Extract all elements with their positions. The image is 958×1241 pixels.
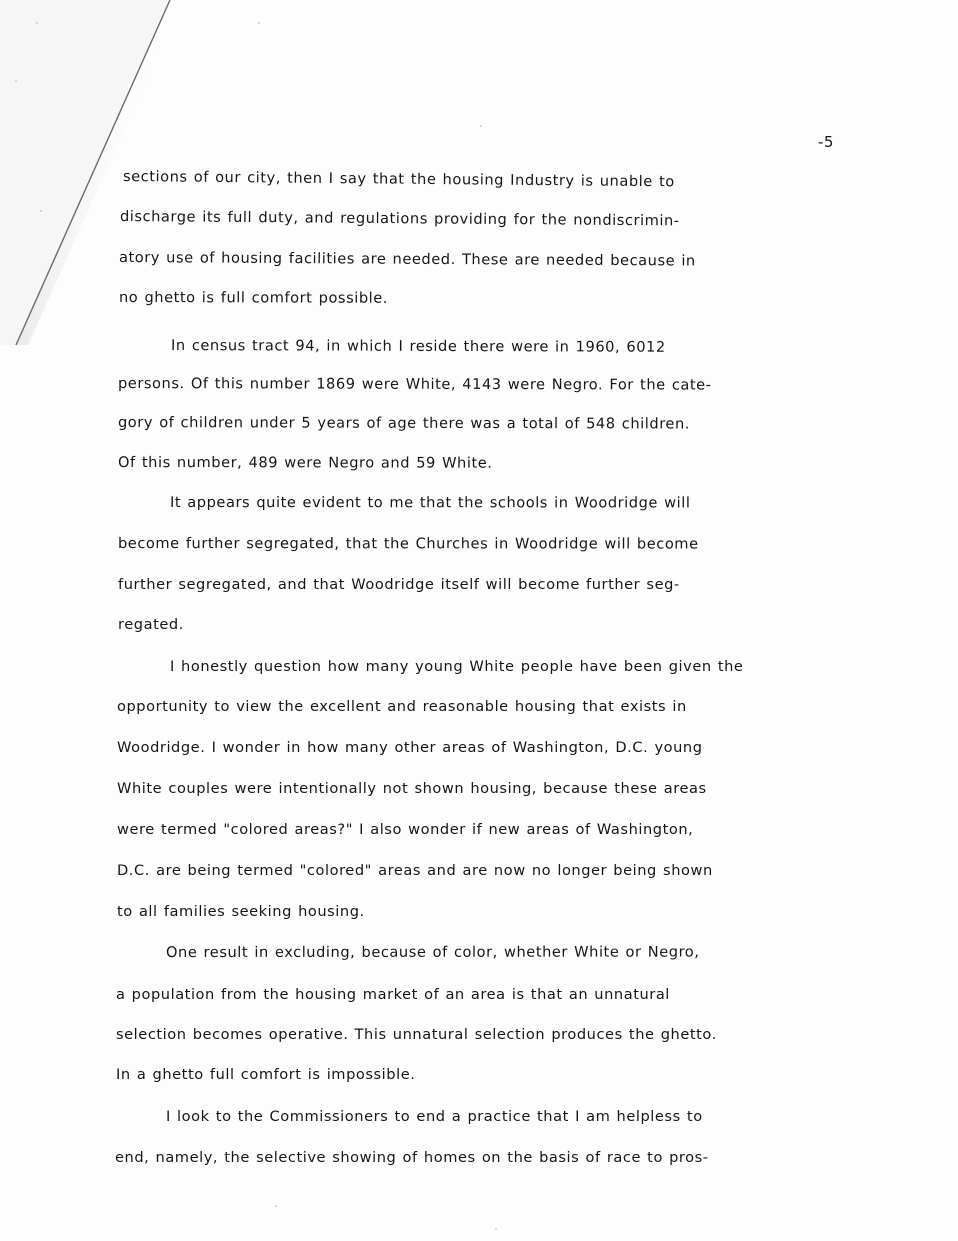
text-line: selection becomes operative. This unnatu…: [116, 1026, 717, 1044]
text-line: D.C. are being termed "colored" areas an…: [117, 862, 713, 880]
text-line: no ghetto is full comfort possible.: [119, 289, 388, 308]
text-line: sections of our city, then I say that th…: [123, 168, 675, 191]
text-line: end, namely, the selective showing of ho…: [115, 1149, 709, 1167]
text-line: White couples were intentionally not sho…: [117, 780, 707, 798]
text-line: were termed "colored areas?" I also wond…: [117, 821, 693, 839]
text-line: I honestly question how many young White…: [170, 658, 743, 676]
text-line: gory of children under 5 years of age th…: [118, 414, 690, 433]
text-line: In a ghetto full comfort is impossible.: [116, 1066, 415, 1084]
document-page: -5 sections of our city, then I say that…: [0, 0, 958, 1241]
text-line: I look to the Commissioners to end a pra…: [166, 1108, 703, 1126]
text-line: Woodridge. I wonder in how many other ar…: [117, 739, 703, 757]
page-number: -5: [818, 133, 834, 151]
text-line: One result in excluding, because of colo…: [166, 944, 699, 962]
text-line: It appears quite evident to me that the …: [170, 494, 690, 512]
text-line: to all families seeking housing.: [117, 903, 365, 921]
text-line: opportunity to view the excellent and re…: [117, 698, 687, 716]
text-line: regated.: [118, 616, 184, 634]
text-line: become further segregated, that the Chur…: [118, 535, 699, 554]
text-line: atory use of housing facilities are need…: [119, 249, 696, 271]
text-line: Of this number, 489 were Negro and 59 Wh…: [118, 454, 492, 473]
text-line: persons. Of this number 1869 were White,…: [118, 375, 712, 395]
text-line: a population from the housing market of …: [116, 986, 670, 1004]
text-line: further segregated, and that Woodridge i…: [118, 576, 680, 594]
text-line: In census tract 94, in which I reside th…: [171, 337, 666, 357]
text-line: discharge its full duty, and regulations…: [120, 208, 680, 230]
